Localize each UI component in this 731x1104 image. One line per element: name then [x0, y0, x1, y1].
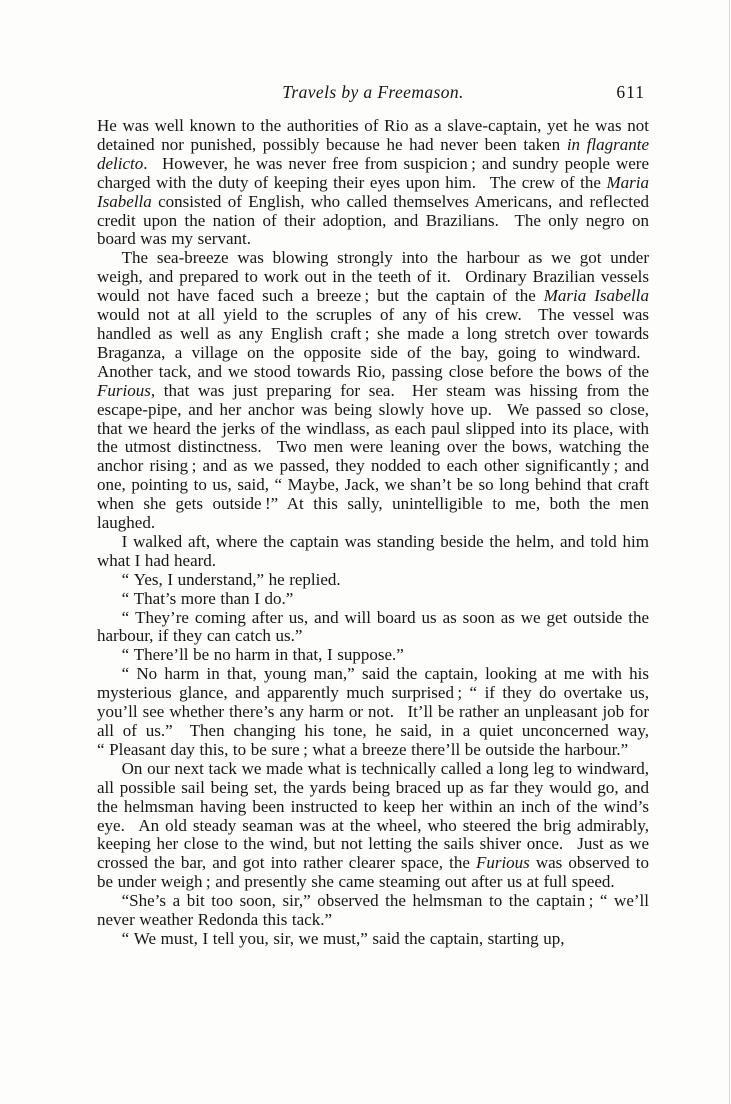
paragraph: The sea-breeze was blowing strongly into… [97, 249, 649, 533]
text-run: . However, he was never free from suspic… [97, 154, 649, 192]
text-run: “ Yes, I understand,” he replied. [122, 570, 341, 589]
page-number: 611 [616, 82, 645, 103]
text-run: “ There’ll be no harm in that, I suppose… [122, 645, 404, 664]
italic-text: Furious [97, 381, 151, 400]
paragraph: “ No harm in that, young man,” said the … [97, 665, 649, 760]
text-run: I walked aft, where the captain was stan… [97, 532, 649, 570]
italic-text: Maria Isabella [544, 286, 649, 305]
paragraph: I walked aft, where the captain was stan… [97, 533, 649, 571]
paragraph: On our next tack we made what is technic… [97, 760, 649, 892]
text-run: “ We must, I tell you, sir, we must,” sa… [122, 929, 565, 948]
paragraph: “ That’s more than I do.” [97, 590, 649, 609]
running-header: Travels by a Freemason. 611 [97, 82, 649, 104]
text-run: “ They’re coming after us, and will boar… [97, 608, 649, 646]
text-run: consisted of English, who called themsel… [97, 192, 649, 249]
text-run: “ No harm in that, young man,” said the … [97, 664, 649, 759]
paragraph: “ They’re coming after us, and will boar… [97, 609, 649, 647]
book-page: Travels by a Freemason. 611 He was well … [0, 0, 731, 1104]
paragraph: “She’s a bit too soon, sir,” observed th… [97, 892, 649, 930]
text-run: would not at all yield to the scruples o… [97, 305, 649, 381]
paragraph: He was well known to the authorities of … [97, 117, 649, 249]
page-title: Travels by a Freemason. [97, 82, 649, 103]
italic-text: Furious [476, 853, 530, 872]
paragraph: “ There’ll be no harm in that, I suppose… [97, 646, 649, 665]
page-body: He was well known to the authorities of … [97, 117, 649, 949]
text-run: “ That’s more than I do.” [122, 589, 294, 608]
paragraph: “ We must, I tell you, sir, we must,” sa… [97, 930, 649, 949]
text-run: , that was just preparing for sea. Her s… [97, 381, 649, 532]
paragraph: “ Yes, I understand,” he replied. [97, 571, 649, 590]
text-run: “She’s a bit too soon, sir,” observed th… [97, 891, 649, 929]
